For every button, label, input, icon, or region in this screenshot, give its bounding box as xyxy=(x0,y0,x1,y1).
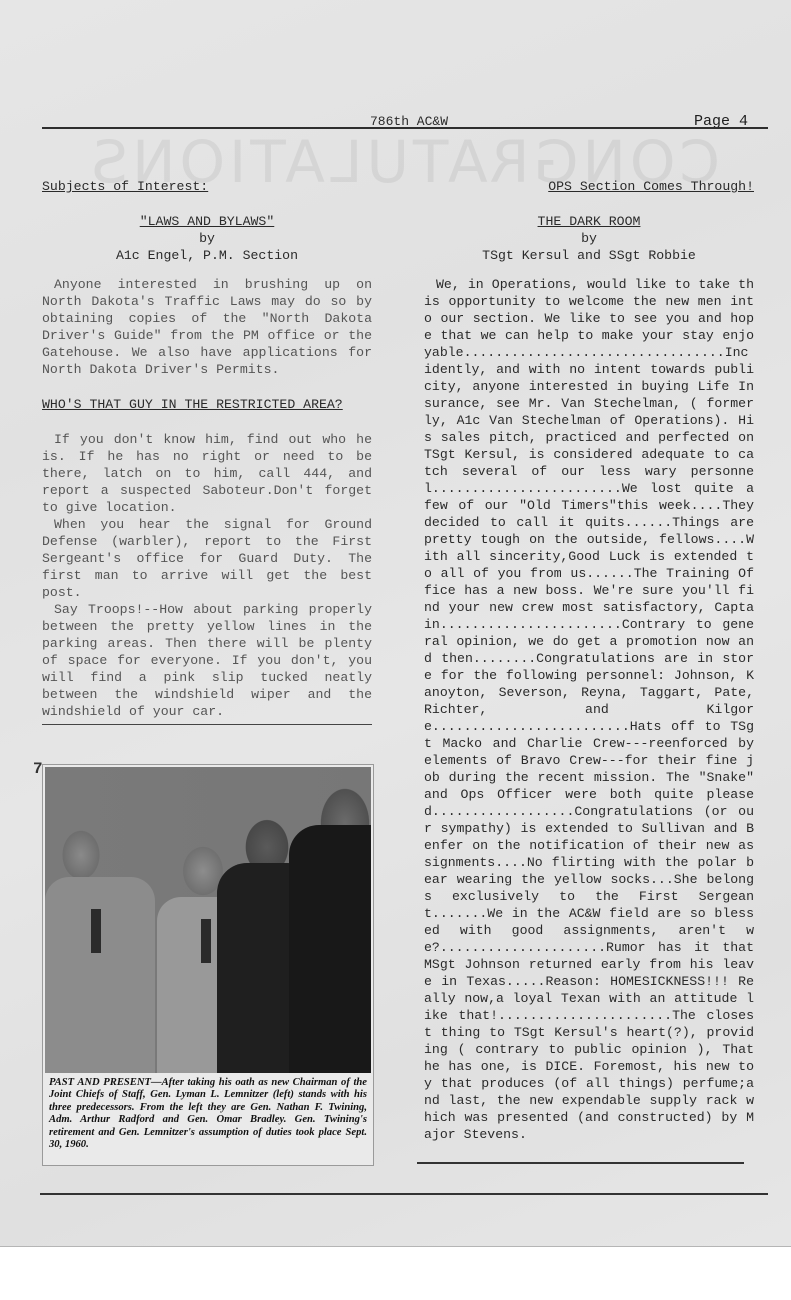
article-author-kersul-robbie: TSgt Kersul and SSgt Robbie xyxy=(424,247,754,264)
tie-shape xyxy=(91,909,101,953)
paragraph-restricted-2: When you hear the signal for Ground Defe… xyxy=(42,516,372,601)
newsletter-page: CONGRATULATIONS 786th AC&W Page 4 Subjec… xyxy=(0,0,791,1247)
article-author-engel: A1c Engel, P.M. Section xyxy=(42,247,372,264)
article-title-restricted-area: WHO'S THAT GUY IN THE RESTRICTED AREA? xyxy=(42,396,372,413)
photo-caption: PAST AND PRESENT—After taking his oath a… xyxy=(49,1077,367,1151)
byline-by: by xyxy=(42,230,372,247)
left-column-end-rule xyxy=(42,724,372,725)
figure-lemnitzer xyxy=(45,877,155,1073)
tie-shape xyxy=(201,919,211,963)
section-heading-subjects: Subjects of Interest: xyxy=(42,178,372,195)
footer-rule xyxy=(40,1193,768,1195)
article-title-laws: "LAWS AND BYLAWS" xyxy=(42,213,372,230)
left-column: Subjects of Interest: "LAWS AND BYLAWS" … xyxy=(42,178,372,720)
header-rule xyxy=(42,127,768,129)
news-photo xyxy=(45,767,371,1073)
paragraph-restricted-1: If you don't know him, find out who he i… xyxy=(42,431,372,516)
section-heading-ops: OPS Section Comes Through! xyxy=(424,178,754,195)
article-title-dark-room: THE DARK ROOM xyxy=(424,213,754,230)
article-body-dark-room: We, in Operations, would like to take th… xyxy=(424,276,754,1143)
caption-lead: PAST AND PRESENT xyxy=(49,1077,151,1088)
paragraph-parking: Say Troops!--How about parking properly … xyxy=(42,601,372,720)
figure-bradley xyxy=(289,825,371,1073)
byline-by: by xyxy=(424,230,754,247)
right-column-end-rule xyxy=(417,1162,744,1164)
news-clipping: PAST AND PRESENT—After taking his oath a… xyxy=(42,764,374,1166)
article-body-laws: Anyone interested in brushing up on Nort… xyxy=(42,276,372,378)
right-column: OPS Section Comes Through! THE DARK ROOM… xyxy=(424,178,754,1143)
